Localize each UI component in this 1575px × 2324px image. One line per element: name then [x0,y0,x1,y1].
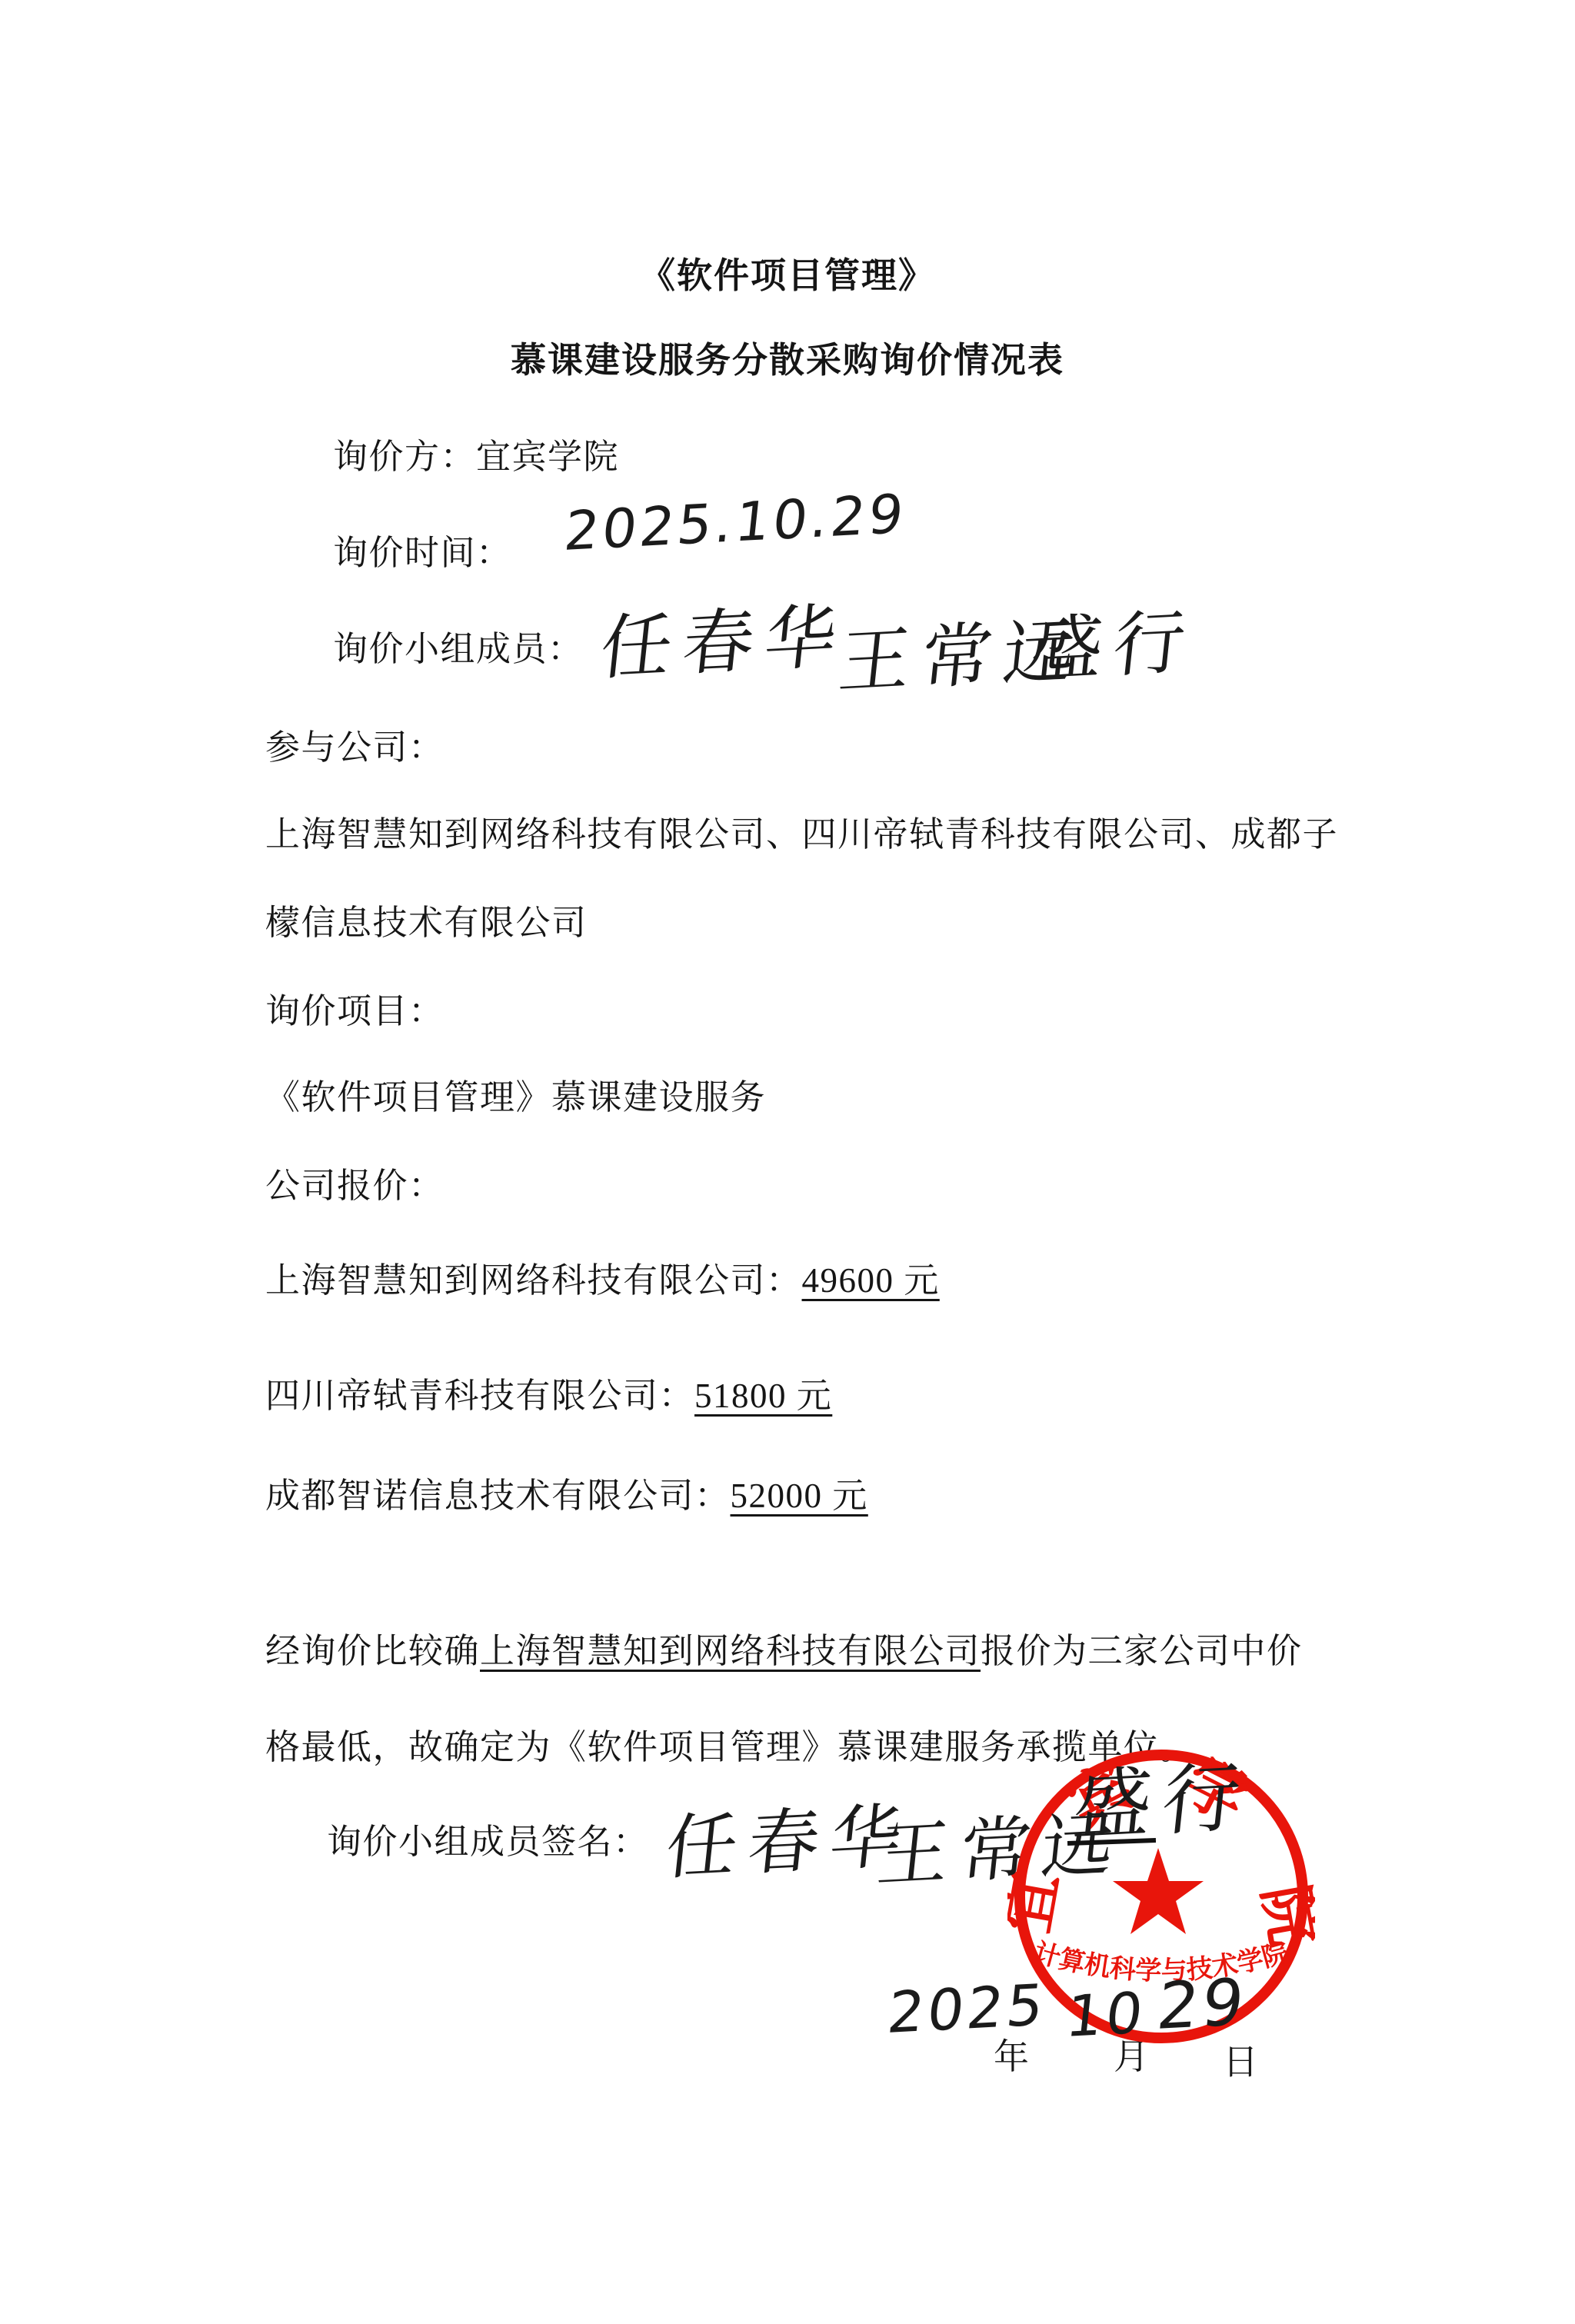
handwritten-signature-1: 任春华 [596,580,853,694]
quote-row-1: 上海智慧知到网络科技有限公司：49600 元 [265,1252,940,1302]
quote-amount-2: 51800 元 [694,1377,832,1415]
inquiry-team-label: 询价小组成员： [333,621,584,671]
participants-line2: 檬信息技术有限公司 [265,894,588,944]
date-day-handwritten: 29 [1154,1964,1250,2044]
quote-company-3: 成都智诺信息技术有限公司： [265,1477,731,1515]
quote-row-3: 成都智诺信息技术有限公司：52000 元 [265,1467,868,1517]
project-label: 询价项目： [265,983,445,1033]
inquiry-party-value: 宜宾学院 [476,438,619,476]
project-value: 《软件项目管理》慕课建设服务 [265,1069,766,1119]
handwritten-signature-3: 盛行 [1027,585,1201,695]
quote-amount-1: 49600 元 [802,1261,940,1300]
quote-company-2: 四川帝轼青科技有限公司： [265,1377,694,1415]
quote-amount-3: 52000 元 [731,1477,868,1515]
conclusion-post: 报价为三家公司中价 [981,1632,1303,1670]
conclusion-winner-underlined: 上海智慧知到网络科技有限公司 [480,1632,981,1670]
date-year-handwritten: 2025 [884,1972,1050,2046]
scanned-inquiry-document: 《软件项目管理》 慕课建设服务分散采购询价情况表 询价方：宜宾学院 询价时间： … [0,0,1575,2324]
final-signature-3: 盛行 [1069,1735,1257,1855]
document-subtitle: 慕课建设服务分散采购询价情况表 [0,332,1575,383]
inquiry-party-line: 询价方：宜宾学院 [333,428,619,478]
stamp-star-icon [1113,1848,1204,1934]
quotes-label: 公司报价： [265,1157,445,1207]
conclusion-line1: 经询价比较确上海智慧知到网络科技有限公司报价为三家公司中价 [265,1623,1303,1673]
participants-label: 参与公司： [265,719,445,769]
inquiry-time-handwritten: 2025.10.29 [561,482,910,563]
inquiry-party-label: 询价方： [333,438,476,476]
date-month-handwritten: 10 [1063,1980,1149,2050]
conclusion-pre: 经询价比较确 [265,1632,480,1670]
inquiry-time-label: 询价时间： [333,524,512,574]
document-title: 《软件项目管理》 [0,248,1575,298]
signature-section-label: 询价小组成员签名： [327,1813,649,1863]
participants-line1: 上海智慧知到网络科技有限公司、四川帝轼青科技有限公司、成都子 [265,806,1338,856]
quote-company-1: 上海智慧知到网络科技有限公司： [265,1261,802,1300]
quote-row-2: 四川帝轼青科技有限公司：51800 元 [265,1367,832,1417]
